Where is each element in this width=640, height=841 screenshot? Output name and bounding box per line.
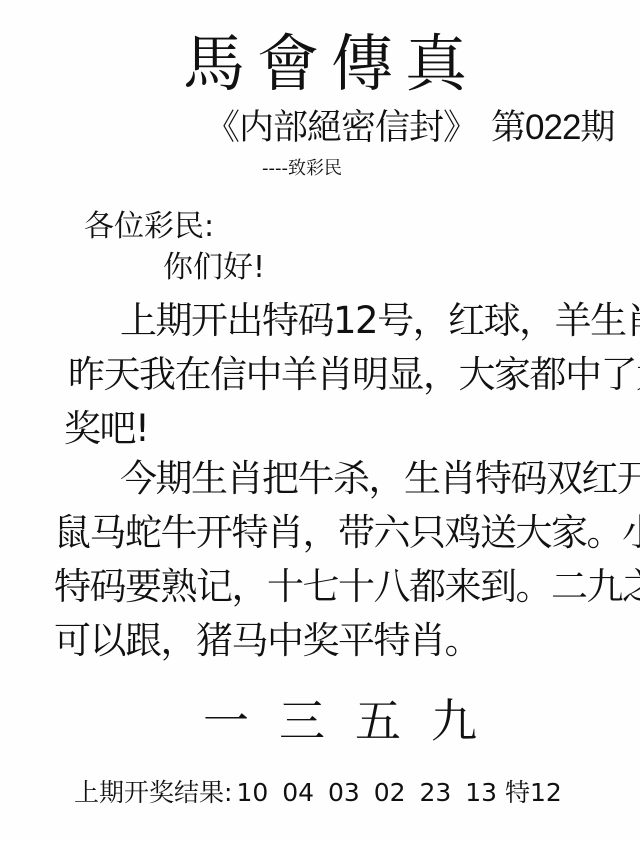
paragraph-2-line-3: 特码要熟记，十七十八都来到。二九之数: [54, 568, 640, 605]
document-title: 馬會傳真: [183, 33, 479, 95]
dedication: ----致彩民: [262, 160, 342, 178]
greeting: 各位彩民:: [84, 212, 214, 242]
paragraph-2-line-2: 鼠马蛇牛开特肖，带六只鸡送大家。小数: [54, 514, 640, 551]
paragraph-2-line-1: 今期生肖把牛杀，生肖特码双红开。: [120, 460, 640, 497]
featured-number: 五: [355, 694, 409, 748]
subtitle-label: 《内部絕密信封》: [205, 108, 477, 148]
paragraph-1-line-2: 昨天我在信中羊肖明显，大家都中了大: [68, 356, 640, 393]
featured-numbers: 一三五九: [203, 698, 507, 744]
salutation: 你们好!: [163, 253, 265, 283]
scanned-document-page: 馬會傳真 《内部絕密信封》第022期 ----致彩民 各位彩民: 你们好! 上期…: [0, 0, 640, 841]
paragraph-1-line-1: 上期开出特码12号，红球，羊生肖。: [120, 302, 640, 339]
featured-number: 三: [279, 694, 333, 748]
last-result-special: 特12: [505, 778, 562, 807]
issue-number: 第022期: [491, 108, 614, 147]
featured-number: 一: [203, 694, 257, 748]
paragraph-1-line-3: 奖吧!: [64, 410, 148, 447]
last-result: 上期开奖结果:10 04 03 02 23 13 特12: [74, 780, 562, 805]
featured-number: 九: [431, 694, 485, 748]
document-subtitle: 《内部絕密信封》第022期: [205, 110, 614, 146]
paragraph-2-line-4: 可以跟，猪马中奖平特肖。: [54, 622, 480, 659]
last-result-numbers: 10 04 03 02 23 13: [236, 778, 497, 807]
last-result-label: 上期开奖结果:: [74, 778, 232, 807]
